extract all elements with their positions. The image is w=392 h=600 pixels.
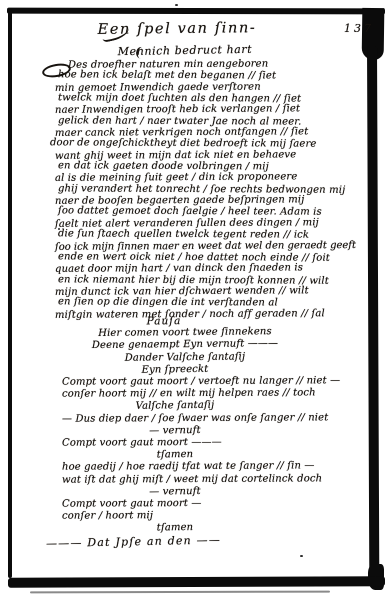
scan-smear [30,591,330,594]
scan-speckle [300,555,303,557]
page-number: 137 [344,22,374,35]
scan-border-top [7,8,385,15]
scan-speckle [175,4,178,6]
monologue-verse-block: Des droefher naturen min aengeborenhoe b… [12,59,374,320]
play-title: Een ſpel van ſinn- [12,19,342,38]
manuscript-scan-page: 137 Een ſpel van ſinn- Mennich bedruct h… [0,0,392,600]
dialogue-script-block: PauſaHier comen voort twee ſinnekensDeen… [12,315,374,547]
speaker-heading: Mennich bedruct hart [12,41,358,60]
scan-border-bottom [8,576,385,588]
